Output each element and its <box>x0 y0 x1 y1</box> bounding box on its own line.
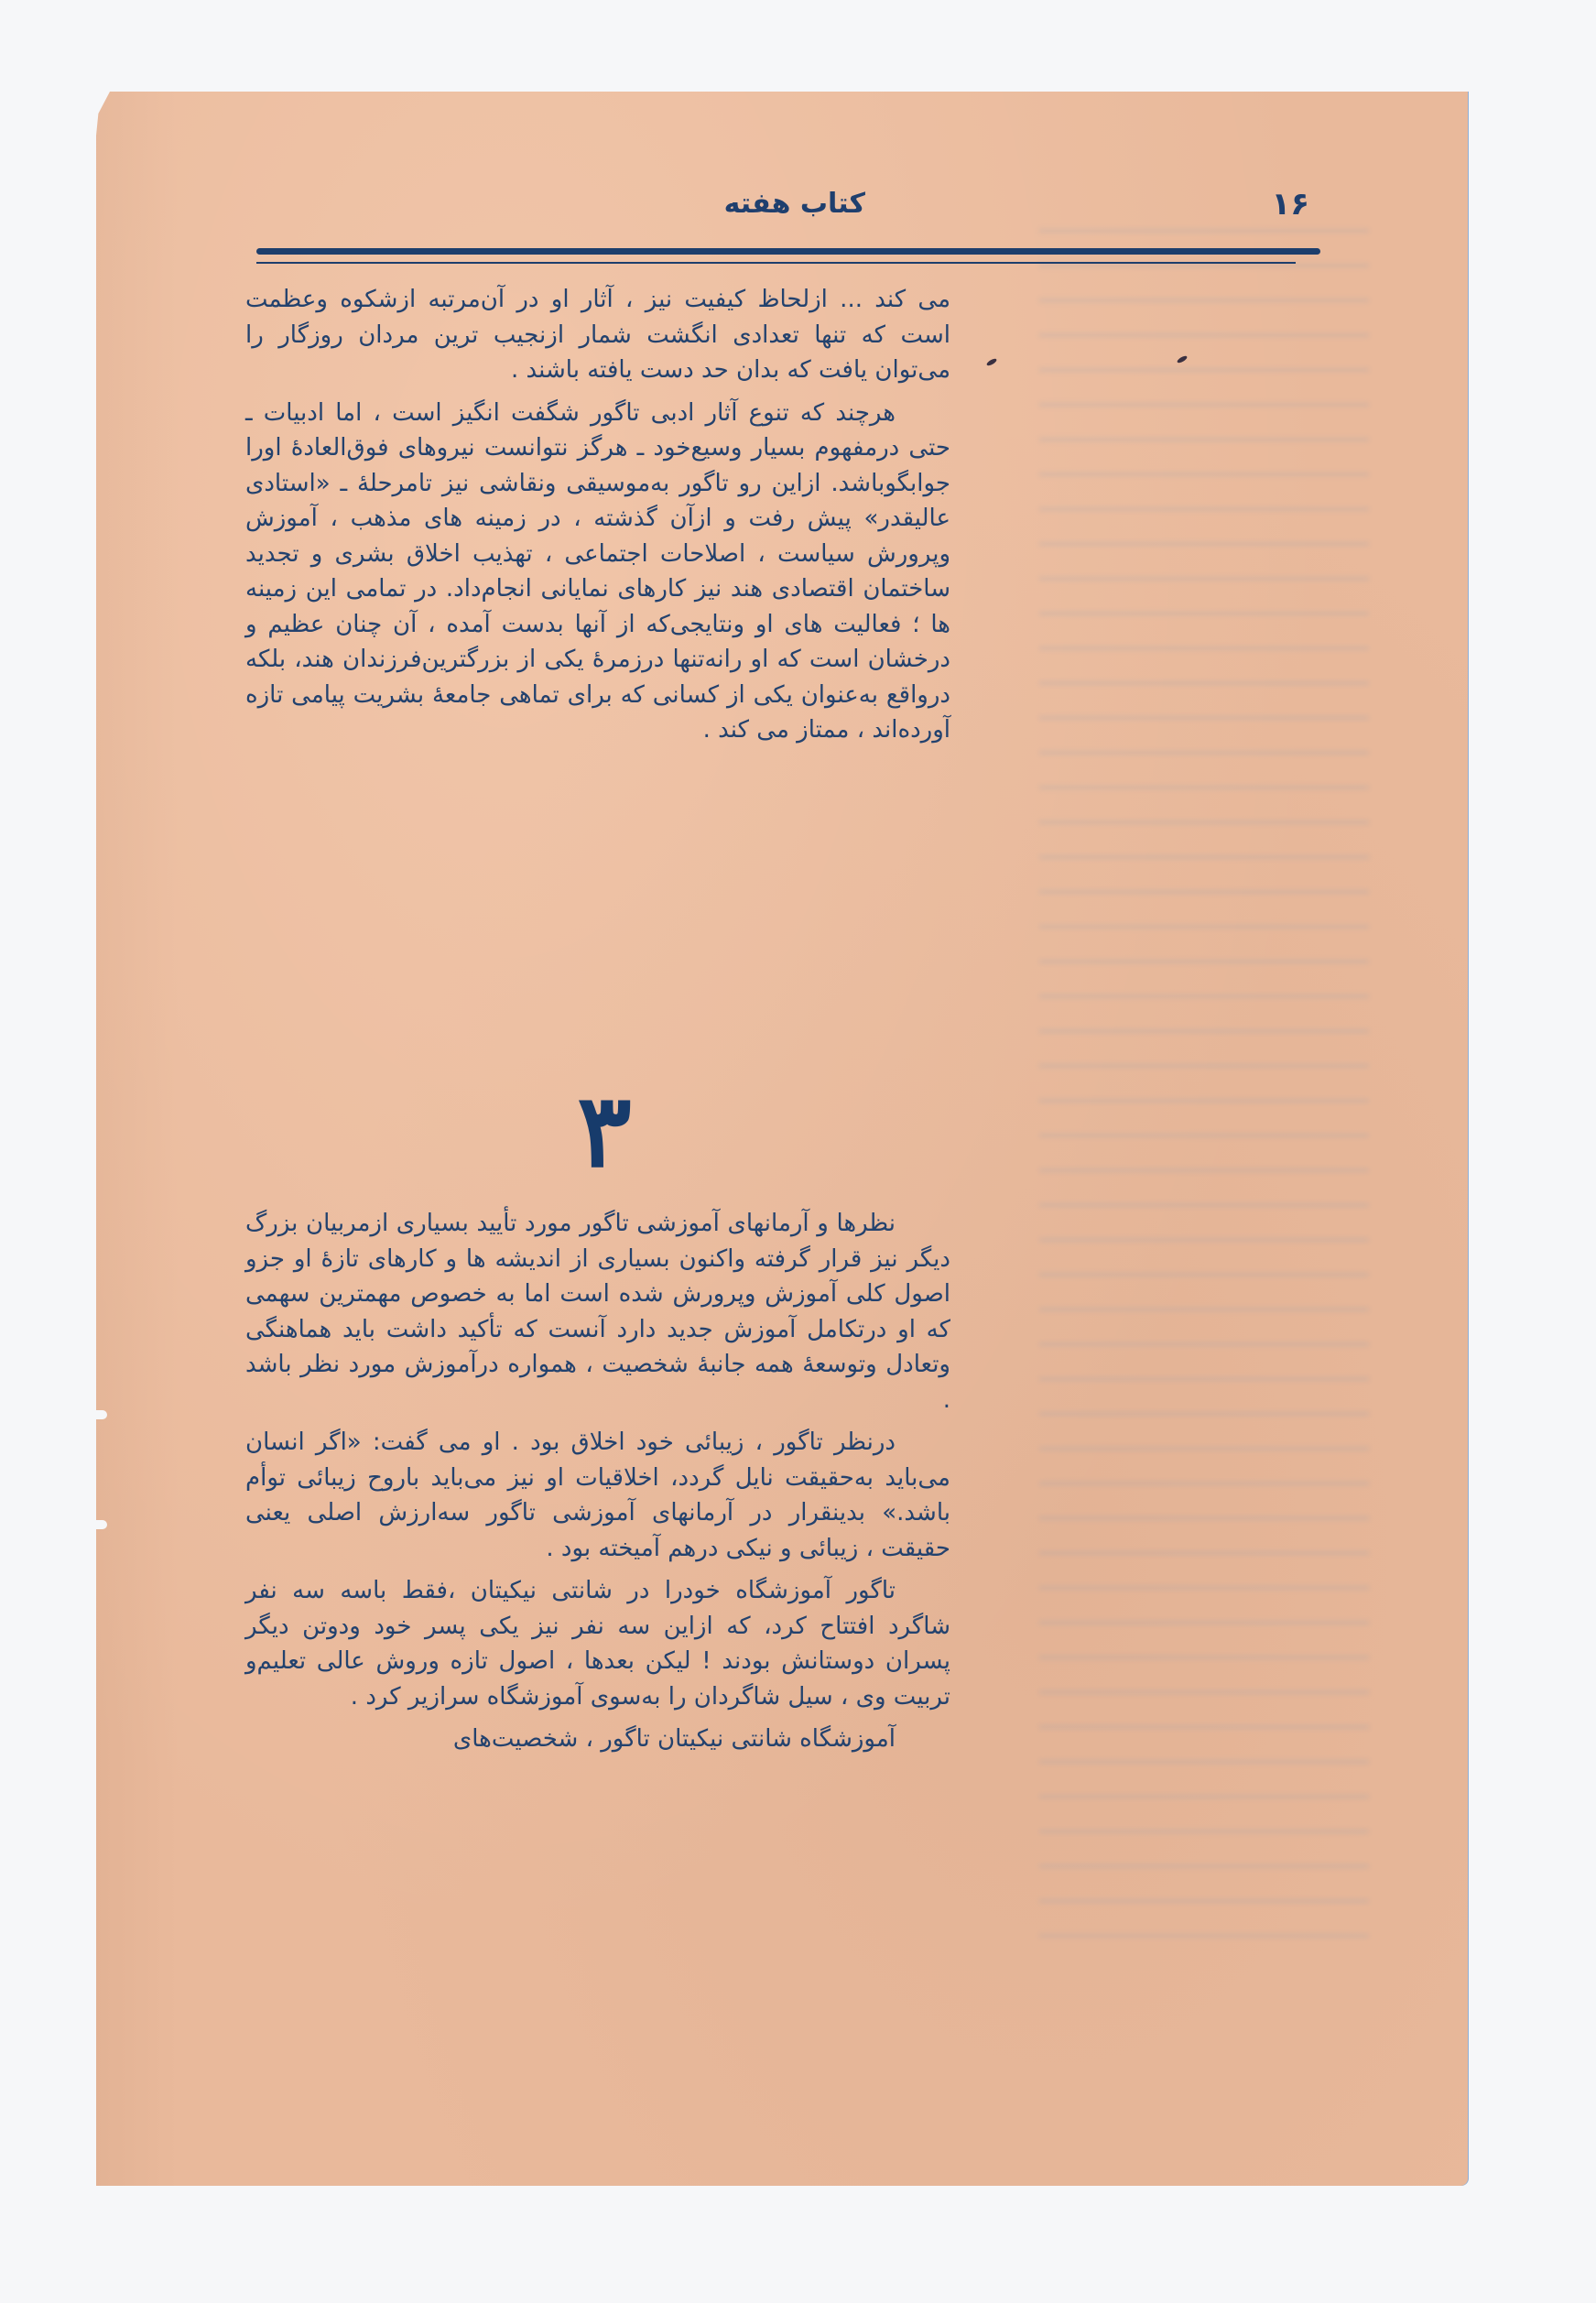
binding-hole <box>92 1410 107 1419</box>
show-through-text <box>1039 211 1369 1950</box>
page-number: ۱۶ <box>1271 186 1309 223</box>
paragraph: می کند ... ازلحاظ کیفیت نیز ، آثار او در… <box>245 282 950 388</box>
text-column-section-2: می کند ... ازلحاظ کیفیت نیز ، آثار او در… <box>245 282 950 755</box>
paragraph: هرچند که تنوع آثار ادبی تاگور شگفت انگیز… <box>245 396 950 748</box>
paragraph: درنظر تاگور ، زیبائی خود اخلاق بود . او … <box>245 1425 950 1566</box>
torn-corner <box>93 92 110 147</box>
paragraph: تاگور آموزشگاه خودرا در شانتی نیکیتان ،ف… <box>245 1573 950 1714</box>
paragraph: آموزشگاه شانتی نیکیتان تاگور ، شخصیت‌های <box>245 1722 950 1757</box>
header-rule-thick <box>256 248 1320 255</box>
binding-hole <box>92 1520 107 1529</box>
section-number: ۳ <box>549 1081 659 1181</box>
paragraph: نظرها و آرمانهای آموزشی تاگور مورد تأیید… <box>245 1206 950 1418</box>
header-rule-thin <box>256 262 1296 264</box>
running-title: کتاب هفته <box>724 188 865 220</box>
page-header: کتاب هفته ۱۶ <box>256 188 1328 261</box>
text-column-section-3: نظرها و آرمانهای آموزشی تاگور مورد تأیید… <box>245 1206 950 1765</box>
